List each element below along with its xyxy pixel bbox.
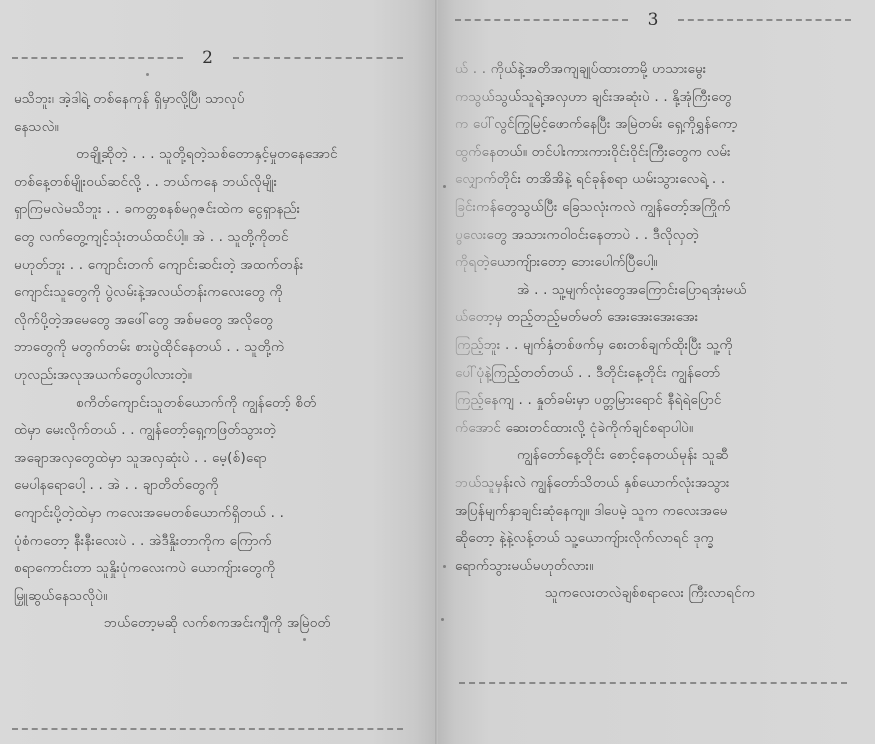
header-rule-left	[455, 19, 628, 21]
text-line: ယ်တော့မှ တည့်တည့်မတ်မတ် အေးအေးအေးအေး	[455, 304, 853, 332]
text-line: က်အောင် ဆေးတင်ထားလို့ ငုံခဲကိုက်ချင်စရာပ…	[455, 415, 853, 443]
scan-speck	[441, 618, 444, 621]
text-line: ကျောင်းပို့တဲ့ထဲမှာ ကလေးအမေတစ်ယောက်ရှိတယ…	[14, 500, 407, 528]
footer-rule	[459, 682, 847, 684]
scan-speck	[303, 638, 306, 641]
left-page-body: မသိဘူး၊ အဲ့ဒါရဲ့ တစ်နေကုန် ရှိမှာလို့ပြီ…	[14, 86, 407, 638]
text-line: သူကလေးတလဲချစ်စရာလေး ကြီးလာရင်က	[455, 580, 853, 608]
footer-rule	[12, 728, 403, 730]
scan-speck	[443, 185, 446, 188]
scan-speck	[443, 565, 446, 568]
text-line: ဘယ်သူမှန်းလဲ ကျွန်တော်သိတယ် နှစ်ယောက်လုံ…	[455, 470, 853, 498]
text-line: စရာကောင်းတာ သူနှိုးပုံကလေးကပဲ ယောကျ်ားတွ…	[14, 555, 407, 583]
text-line: ပေါ်ပုံနဲ့ကြည့်တတ်တယ် . . ဒီတိုင်းနေ့တို…	[455, 360, 853, 388]
header-rule-left	[12, 57, 183, 59]
text-line: ရှာကြမလဲမသိဘူး . . ခကတ္တစနစ်မဂ္ဂဇင်းထဲက …	[14, 196, 407, 224]
text-line: လျှောက်တိုင်း တအိအိနဲ့ ရင်ခုန်စရာ ယမ်းသွ…	[455, 166, 853, 194]
text-line: ရောက်သွားမယ်မဟုတ်လား။	[455, 553, 853, 581]
header-rule-right	[678, 19, 851, 21]
text-line: ဆိုတော့ နဲ့နဲ့လန့်တယ် သူ့ယောကျ်ားလိုက်လာ…	[455, 525, 853, 553]
text-line: တချို့ဆိုတဲ့ . . . သူတို့ရတဲ့သစ်တောနှင့်…	[14, 141, 407, 169]
text-line: ယ် . . ကိုယ်နဲ့အတိအကျချုပ်ထားတာမို့ ဟသား…	[455, 56, 853, 84]
right-page: 3 ယ် . . ကိုယ်နဲ့အတိအကျချုပ်ထားတာမို့ ဟသ…	[437, 0, 875, 744]
text-line: ခြင်းကန်တွေသွယ်ပြီး ခြေသလုံးကလဲ ကျွန်တော…	[455, 194, 853, 222]
text-line: ကြည့်ဘူး . . မျက်နှံတစ်ဖက်မှ စေးတစ်ချက်ထ…	[455, 332, 853, 360]
text-line: ပွလေးတွေ အသားကဝါဝင်းနေတာပဲ . . ဒီလိုလှတဲ…	[455, 222, 853, 250]
book-gutter	[435, 0, 438, 744]
text-line: တစ်နေ့တစ်မျိုးဝယ်ဆင်လို့ . . ဘယ်ကနေ ဘယ်လ…	[14, 169, 407, 197]
text-line: ကိုရတဲ့ယောကျ်ားတော့ ဘေးပေါက်ပြီပေါ့။	[455, 249, 853, 277]
book-spread: 2 မသိဘူး၊ အဲ့ဒါရဲ့ တစ်နေကုန် ရှိမှာလို့ပ…	[0, 0, 875, 744]
text-line: တွေ လက်တွေ့ကျင့်သုံးတယ်ထင်ပါ့။ အဲ . . သူ…	[14, 224, 407, 252]
text-line: ထဲမှာ မေးလိုက်တယ် . . ကျွန်တော့်ရှေ့ကဖြတ…	[14, 417, 407, 445]
text-line: ကျွန်တော်နေ့တိုင်း စောင့်နေတယ်မုန်း သူဆီ	[455, 442, 853, 470]
text-line: ပုံစံကတော့ နီးနီးလေးပဲ . . အဲဒီနှိုးတာကိ…	[14, 528, 407, 556]
text-line: ကျောင်းသူတွေကို ပွဲလမ်းနဲ့အလယ်တန်းကလေးတွ…	[14, 279, 407, 307]
text-line: အပြန်မျက်နှာချင်းဆုံနေကျ။ ဒါပေမဲ့ သူက ကလ…	[455, 498, 853, 526]
header-rule-right	[233, 57, 404, 59]
text-line: က ပေါ်လွင်ကြွမြင့်ဖောက်နေပြီး အမြဲတမ်း ရ…	[455, 111, 853, 139]
text-line: ကြည့်နေကျ . . နှုတ်ခမ်းမှာ ပတ္တမြားရောင်…	[455, 387, 853, 415]
page-number: 2	[201, 48, 215, 68]
text-line: ဟုလည်းအလုအယက်တွေပါလားတဲ့။	[14, 362, 407, 390]
text-line: အချောအလှတွေထဲမှာ သူအလှဆုံးပဲ . . မေ့(စ်)…	[14, 445, 407, 473]
text-line: မေပါနရောပေါ့ . . အဲ . . ချာတိတ်တွေကို	[14, 472, 407, 500]
text-line: မြှူဆွယ်နေသလိုပဲ။	[14, 583, 407, 611]
text-line: မသိဘူး၊ အဲ့ဒါရဲ့ တစ်နေကုန် ရှိမှာလို့ပြီ…	[14, 86, 407, 114]
page-number: 3	[646, 10, 660, 30]
text-line: ဘာတွေကို မတွက်တမ်း စားပွဲထိုင်နေတယ် . . …	[14, 334, 407, 362]
right-page-header: 3	[455, 10, 851, 30]
left-page-header: 2	[12, 48, 403, 68]
left-page: 2 မသိဘူး၊ အဲ့ဒါရဲ့ တစ်နေကုန် ရှိမှာလို့ပ…	[0, 0, 437, 744]
text-line: အဲ . . သူ့မျက်လုံးတွေအကြောင်းပြောရအုံးမယ…	[455, 277, 853, 305]
text-line: လိုက်ပို့တဲ့အမေတွေ အဖေါ်တွေ အစ်မတွေ အလို…	[14, 307, 407, 335]
right-page-body: ယ် . . ကိုယ်နဲ့အတိအကျချုပ်ထားတာမို့ ဟသား…	[455, 56, 853, 608]
scan-speck	[146, 73, 149, 76]
text-line: ဘယ်တော့မဆို လက်စကအင်းကျီကို အမြဲဝတ်	[14, 610, 407, 638]
text-line: စကိတ်ကျောင်းသူတစ်ယောက်ကို ကျွန်တော့် စိတ…	[14, 390, 407, 418]
text-line: ထွက်နေတယ်။ တင်ပါးကားကားဝိုင်းဝိုင်းကြီးတ…	[455, 139, 853, 167]
text-line: မဟုတ်ဘူး . . ကျောင်းတက် ကျောင်းဆင်းတဲ့ အ…	[14, 252, 407, 280]
text-line: ကသွယ်သွယ်သူရဲ့အလှဟာ ချင်းအဆုံးပဲ . . နို…	[455, 84, 853, 112]
text-line: နေသလဲ။	[14, 114, 407, 142]
